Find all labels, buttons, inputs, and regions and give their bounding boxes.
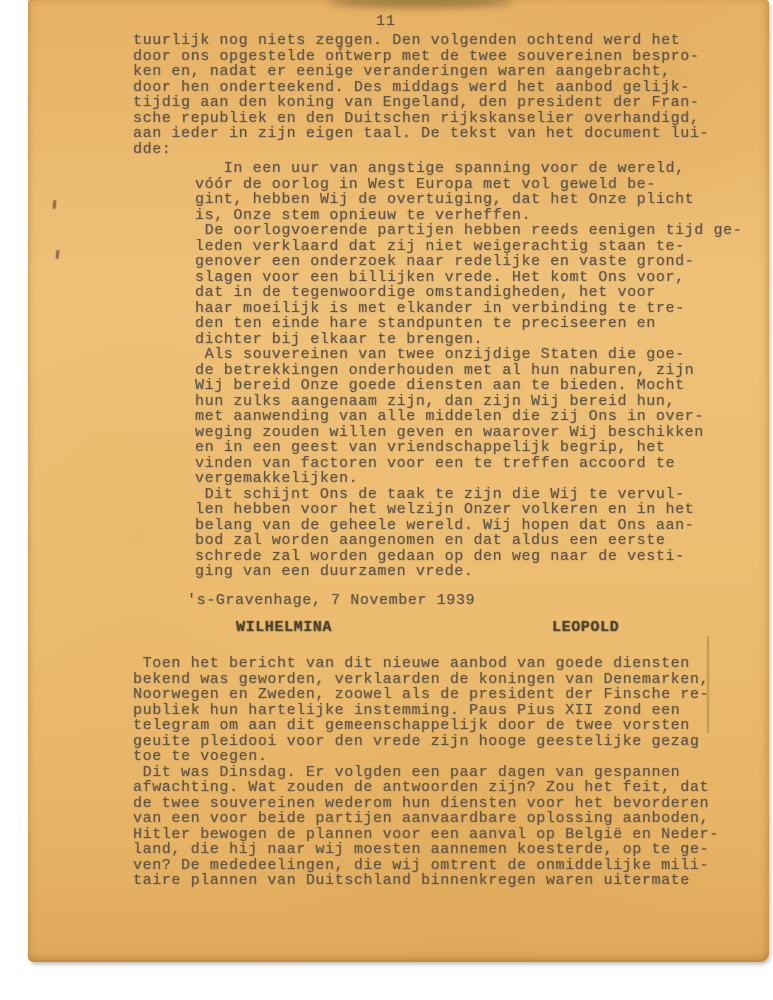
text-line: publiek hun hartelijke instemming. Paus … (133, 703, 769, 719)
paragraph: Dit was Dinsdag. Er volgden een paar dag… (133, 765, 769, 889)
text-line: hun zulks aangenaam zijn, dan zijn Wij b… (195, 394, 769, 410)
text-line: schrede zal worden gedaan op den weg naa… (195, 549, 769, 565)
text-line: Dit schijnt Ons de taak te zijn die Wij … (195, 487, 769, 503)
text-line: geuite pleidooi voor den vrede zijn hoog… (133, 734, 769, 750)
text-line: toe te voegen. (133, 749, 769, 765)
text-line: aan ieder in zijn eigen taal. De tekst v… (133, 126, 769, 142)
signature-leopold: LEOPOLD (552, 620, 619, 636)
text-line: dat in de tegenwoordige omstandigheden, … (195, 285, 769, 301)
text-line: gint, hebben Wij de overtuiging, dat het… (195, 192, 769, 208)
text-line: Hitler bewogen de plannen voor een aanva… (133, 827, 769, 843)
text-line: bod zal worden aangenomen en dat aldus e… (195, 533, 769, 549)
text-line: tijdig aan den koning van Engeland, den … (133, 95, 769, 111)
text-line: len hebben voor het welzijn Onzer volker… (195, 502, 769, 518)
text-line: en in een geest van vriendschappelijk be… (195, 440, 769, 456)
text-line: telegram om aan dit gemeenschappelijk do… (133, 718, 769, 734)
text-line: vinden van factoren voor een te treffen … (195, 456, 769, 472)
text-line: weging zouden willen geven en waarover W… (195, 425, 769, 441)
text-line: vergemakkelijken. (195, 471, 769, 487)
text-line: land, die hij naar wij moesten aannemen … (133, 842, 769, 858)
text-line: vóór de oorlog in West Europa met vol ge… (195, 177, 769, 193)
text-line: belang van de geheele wereld. Wij hopen … (195, 518, 769, 534)
text-line: slagen voor een billijken vrede. Het kom… (195, 270, 769, 286)
text-line: Wij bereid Onze goede diensten aan te bi… (195, 378, 769, 394)
paragraph: De oorlogvoerende partijen hebben reeds … (195, 223, 769, 347)
paragraph: Toen het bericht van dit nieuwe aanbod v… (133, 656, 769, 765)
signature-wilhelmina: WILHELMINA (236, 620, 332, 636)
text-line: haar moeilijk is met elkander in verbind… (195, 301, 769, 317)
text-line: De oorlogvoerende partijen hebben reeds … (195, 223, 769, 239)
text-line: den ten einde hare standpunten te precis… (195, 316, 769, 332)
text-line: ging van een duurzamen vrede. (195, 564, 769, 580)
text-line: door ons opgestelde ontwerp met de twee … (133, 49, 769, 65)
scan-edge-smudge (328, 0, 513, 8)
paragraph: Als souvereinen van twee onzijdige State… (195, 347, 769, 487)
paragraph: Dit schijnt Ons de taak te zijn die Wij … (195, 487, 769, 580)
text-line: ken en, nadat er eenige veranderingen wa… (133, 64, 769, 80)
text-line: de twee souvereinen wederom hun diensten… (133, 796, 769, 812)
text-line: met aanwending van alle middelen die zij… (195, 409, 769, 425)
text-line: Dit was Dinsdag. Er volgden een paar dag… (133, 765, 769, 781)
text-line: door hen onderteekend. Des middags werd … (133, 80, 769, 96)
text-line: In een uur van angstige spanning voor de… (195, 161, 769, 177)
text-line: tuurlijk nog niets zeggen. Den volgenden… (133, 33, 769, 49)
text-line: sche republiek en den Duitschen rijkskan… (133, 111, 769, 127)
dateline: 's-Gravenhage, 7 November 1939 (187, 593, 769, 609)
text-line: taire plannen van Duitschland binnenkreg… (133, 873, 769, 889)
text-line: ven? De mededeelingen, die wij omtrent d… (133, 858, 769, 874)
text-line: dichter bij elkaar te brengen. (195, 332, 769, 348)
page-number: 11 (376, 13, 396, 30)
signature-row: WILHELMINALEOPOLD (28, 620, 769, 636)
text-line: Als souvereinen van twee onzijdige State… (195, 347, 769, 363)
text-line: genover een onderzoek naar redelijke en … (195, 254, 769, 270)
text-line: afwachting. Wat zouden de antwoorden zij… (133, 780, 769, 796)
document-body: tuurlijk nog niets zeggen. Den volgenden… (28, 33, 769, 889)
text-line: dde: (133, 142, 769, 158)
paragraph: In een uur van angstige spanning voor de… (195, 161, 769, 223)
text-line: bekend was geworden, verklaarden de koni… (133, 672, 769, 688)
paragraph: tuurlijk nog niets zeggen. Den volgenden… (133, 33, 769, 157)
text-line: is, Onze stem opnieuw te verheffen. (195, 208, 769, 224)
text-line: de betrekkingen onderhouden met al hun n… (195, 363, 769, 379)
text-line: Noorwegen en Zweden, zoowel als de presi… (133, 687, 769, 703)
text-line: van een voor beide partijen aanvaardbare… (133, 811, 769, 827)
text-line: leden verklaard dat zij niet weigerachti… (195, 239, 769, 255)
paper-page: 11 tuurlijk nog niets zeggen. Den volgen… (28, 0, 769, 962)
text-line: Toen het bericht van dit nieuwe aanbod v… (133, 656, 769, 672)
